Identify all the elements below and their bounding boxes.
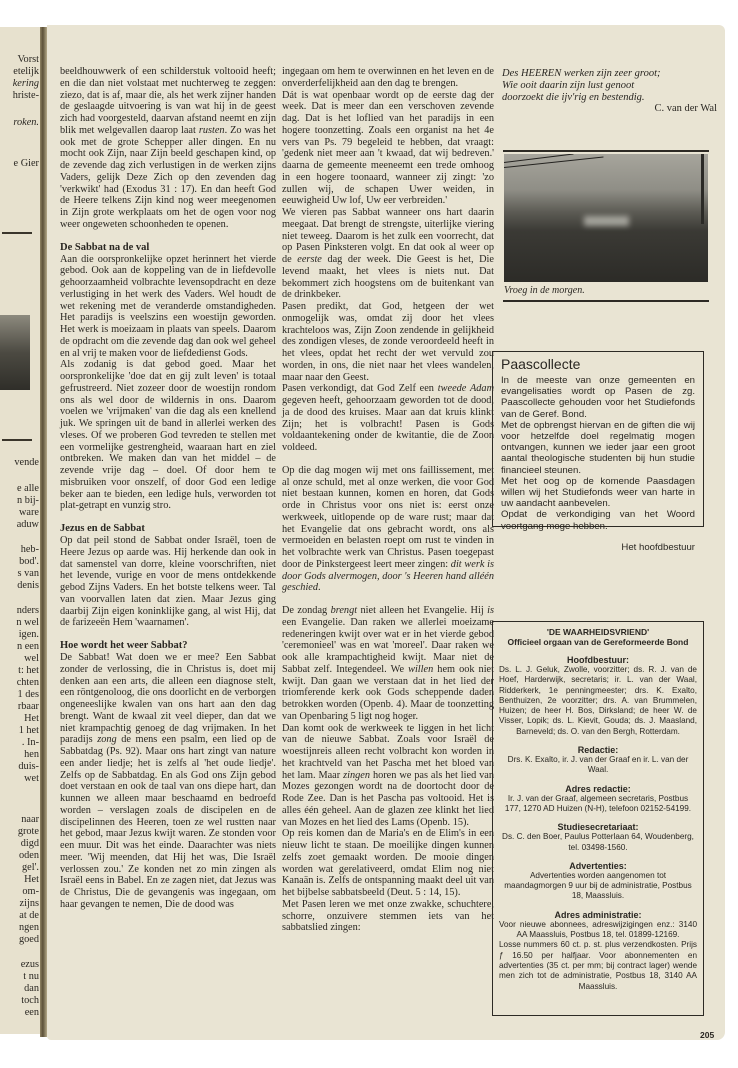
page-number: 205 bbox=[700, 1030, 714, 1040]
left-page-text-fragment: om- bbox=[22, 886, 39, 898]
left-page-text-fragment: roken. bbox=[13, 117, 39, 129]
colophon-section: Advertenties: Advertenties worden aangen… bbox=[499, 861, 697, 902]
colophon-section: Adres redactie: Ir. J. van der Graaf, al… bbox=[499, 784, 697, 815]
left-page-text-fragment: denis bbox=[17, 580, 39, 592]
left-page-edge: Vorstetelijkkeringhriste-roken.e Gierven… bbox=[0, 27, 42, 1034]
left-page-text-fragment: digd bbox=[21, 838, 39, 850]
magazine-page: beeldhouwwerk of een schilderstuk voltoo… bbox=[47, 25, 725, 1040]
left-page-text-fragment: Vorst bbox=[17, 54, 39, 66]
colophon-section: Adres administratie: Voor nieuwe abonnee… bbox=[499, 910, 697, 992]
psalm-verse: Des HEEREN werken zijn zeer groot; Wie o… bbox=[502, 68, 717, 115]
left-page-text-fragment: nders bbox=[17, 605, 39, 617]
paragraph: Als zodanig is dat gebod goed. Maar het … bbox=[60, 359, 276, 512]
colophon-box: 'DE WAARHEIDSVRIEND' Officieel orgaan va… bbox=[492, 621, 704, 1016]
paragraph: De zondag brengt niet alleen het Evangel… bbox=[282, 605, 494, 723]
article-column-2: ingegaan om hem te overwinnen en het lev… bbox=[282, 66, 494, 934]
paragraph: Pasen verkondigt, dat God Zelf een tweed… bbox=[282, 383, 494, 454]
paragraph: De Sabbat! Wat doen we er mee? Een Sabba… bbox=[60, 652, 276, 911]
section-heading: Hoe wordt het weer Sabbat? bbox=[60, 640, 276, 652]
section-heading: De Sabbat na de val bbox=[60, 242, 276, 254]
paragraph: Op reis komen dan de Maria's en de Elim'… bbox=[282, 828, 494, 899]
colophon-subtitle: Officieel orgaan van de Gereformeerde Bo… bbox=[499, 637, 697, 647]
left-page-photo-fragment bbox=[0, 315, 30, 390]
left-page-text-fragment: n bij- bbox=[17, 495, 39, 507]
left-page-text-fragment: ware bbox=[19, 507, 39, 519]
left-page-text-fragment: n wel bbox=[16, 617, 39, 629]
left-page-text-fragment: een bbox=[25, 1007, 39, 1019]
article-column-1: beeldhouwwerk of een schilderstuk voltoo… bbox=[60, 66, 276, 911]
paragraph: Dát is wat openbaar wordt op de eerste d… bbox=[282, 90, 494, 208]
colophon-section: Redactie: Drs. K. Exalto, ir. J. van der… bbox=[499, 745, 697, 776]
verse-author: C. van der Wal bbox=[502, 103, 717, 115]
book-gutter bbox=[40, 27, 47, 1037]
paragraph: Met Pasen leren we met onze zwakke, schu… bbox=[282, 899, 494, 934]
left-page-text-fragment: 1 het bbox=[19, 725, 39, 737]
left-page-text-fragment: bod'. bbox=[19, 556, 39, 568]
left-page-text-fragment: toch bbox=[21, 995, 39, 1007]
left-page-text-fragment: chten bbox=[17, 677, 39, 689]
landscape-photo bbox=[504, 154, 708, 282]
paragraph: ingegaan om hem te overwinnen en het lev… bbox=[282, 66, 494, 90]
left-page-text-fragment: at de bbox=[19, 910, 39, 922]
paragraph: Dan komt ook de werkweek te liggen in he… bbox=[282, 723, 494, 829]
section-heading: Jezus en de Sabbat bbox=[60, 523, 276, 535]
left-page-text-fragment: t: het bbox=[18, 665, 39, 677]
left-page-text-fragment: kering bbox=[13, 78, 39, 90]
paragraph: beeldhouwwerk of een schilderstuk voltoo… bbox=[60, 66, 276, 231]
paragraph: Op die dag mogen wij met ons faillisseme… bbox=[282, 465, 494, 594]
left-page-text-fragment: s van bbox=[18, 568, 39, 580]
left-page-text-fragment: hriste- bbox=[13, 90, 39, 102]
left-page-rule bbox=[2, 232, 32, 234]
left-page-text-fragment: Het bbox=[24, 874, 39, 886]
left-page-text-fragment: wel bbox=[24, 653, 39, 665]
left-page-text-fragment: grote bbox=[18, 826, 39, 838]
left-page-text-fragment: rbaar bbox=[18, 701, 39, 713]
left-page-text-fragment: oden bbox=[19, 850, 39, 862]
left-page-text-fragment: e Gier bbox=[14, 158, 39, 170]
box-title: Paascollecte bbox=[501, 356, 695, 372]
left-page-text-fragment: heb- bbox=[21, 544, 39, 556]
photo-caption: Vroeg in de morgen. bbox=[504, 285, 585, 296]
paragraph: Aan die oorspronkelijke opzet herinnert … bbox=[60, 254, 276, 360]
paragraph: Pasen predikt, dat God, hetgeen der wet … bbox=[282, 301, 494, 383]
left-page-text-fragment: 1 des bbox=[18, 689, 39, 701]
left-page-text-fragment: zijns bbox=[20, 898, 39, 910]
left-page-text-fragment: ezus bbox=[21, 959, 39, 971]
paragraph: We vieren pas Sabbat wanneer ons hart da… bbox=[282, 207, 494, 301]
left-page-text-fragment: etelijk bbox=[13, 66, 39, 78]
left-page-rule bbox=[2, 439, 32, 441]
left-page-text-fragment: wet bbox=[24, 773, 39, 785]
left-page-text-fragment: igen. bbox=[19, 629, 39, 641]
left-page-text-fragment: t nu bbox=[23, 971, 39, 983]
photo-bottom-rule bbox=[503, 300, 709, 302]
left-page-text-fragment: dan bbox=[24, 983, 39, 995]
left-page-text-fragment: naar bbox=[21, 814, 39, 826]
box-signature: Het hoofdbestuur bbox=[501, 542, 695, 553]
colophon-section: Studiesecretariaat: Ds. C. den Boer, Pau… bbox=[499, 822, 697, 853]
left-page-text-fragment: vende bbox=[14, 457, 39, 469]
left-page-text-fragment: Het bbox=[24, 713, 39, 725]
colophon-section: Hoofdbestuur: Ds. L. J. Geluk, Zwolle, v… bbox=[499, 655, 697, 737]
paascollecte-box: Paascollecte In de meeste van onze gemee… bbox=[492, 351, 704, 527]
left-page-text-fragment: hen bbox=[24, 749, 39, 761]
left-page-text-fragment: gel'. bbox=[22, 862, 39, 874]
left-page-text-fragment: n een bbox=[17, 641, 39, 653]
left-page-text-fragment: ngen bbox=[19, 922, 39, 934]
left-page-text-fragment: . In- bbox=[22, 737, 39, 749]
left-page-text-fragment: e alle bbox=[17, 483, 39, 495]
left-page-text-fragment: aduw bbox=[17, 519, 39, 531]
paragraph: Op dat peil stond de Sabbat onder Israël… bbox=[60, 535, 276, 629]
colophon-title: 'DE WAARHEIDSVRIEND' bbox=[499, 627, 697, 637]
left-page-text-fragment: duis- bbox=[18, 761, 39, 773]
left-page-text-fragment: goed bbox=[19, 934, 39, 946]
photo-top-rule bbox=[503, 150, 709, 152]
